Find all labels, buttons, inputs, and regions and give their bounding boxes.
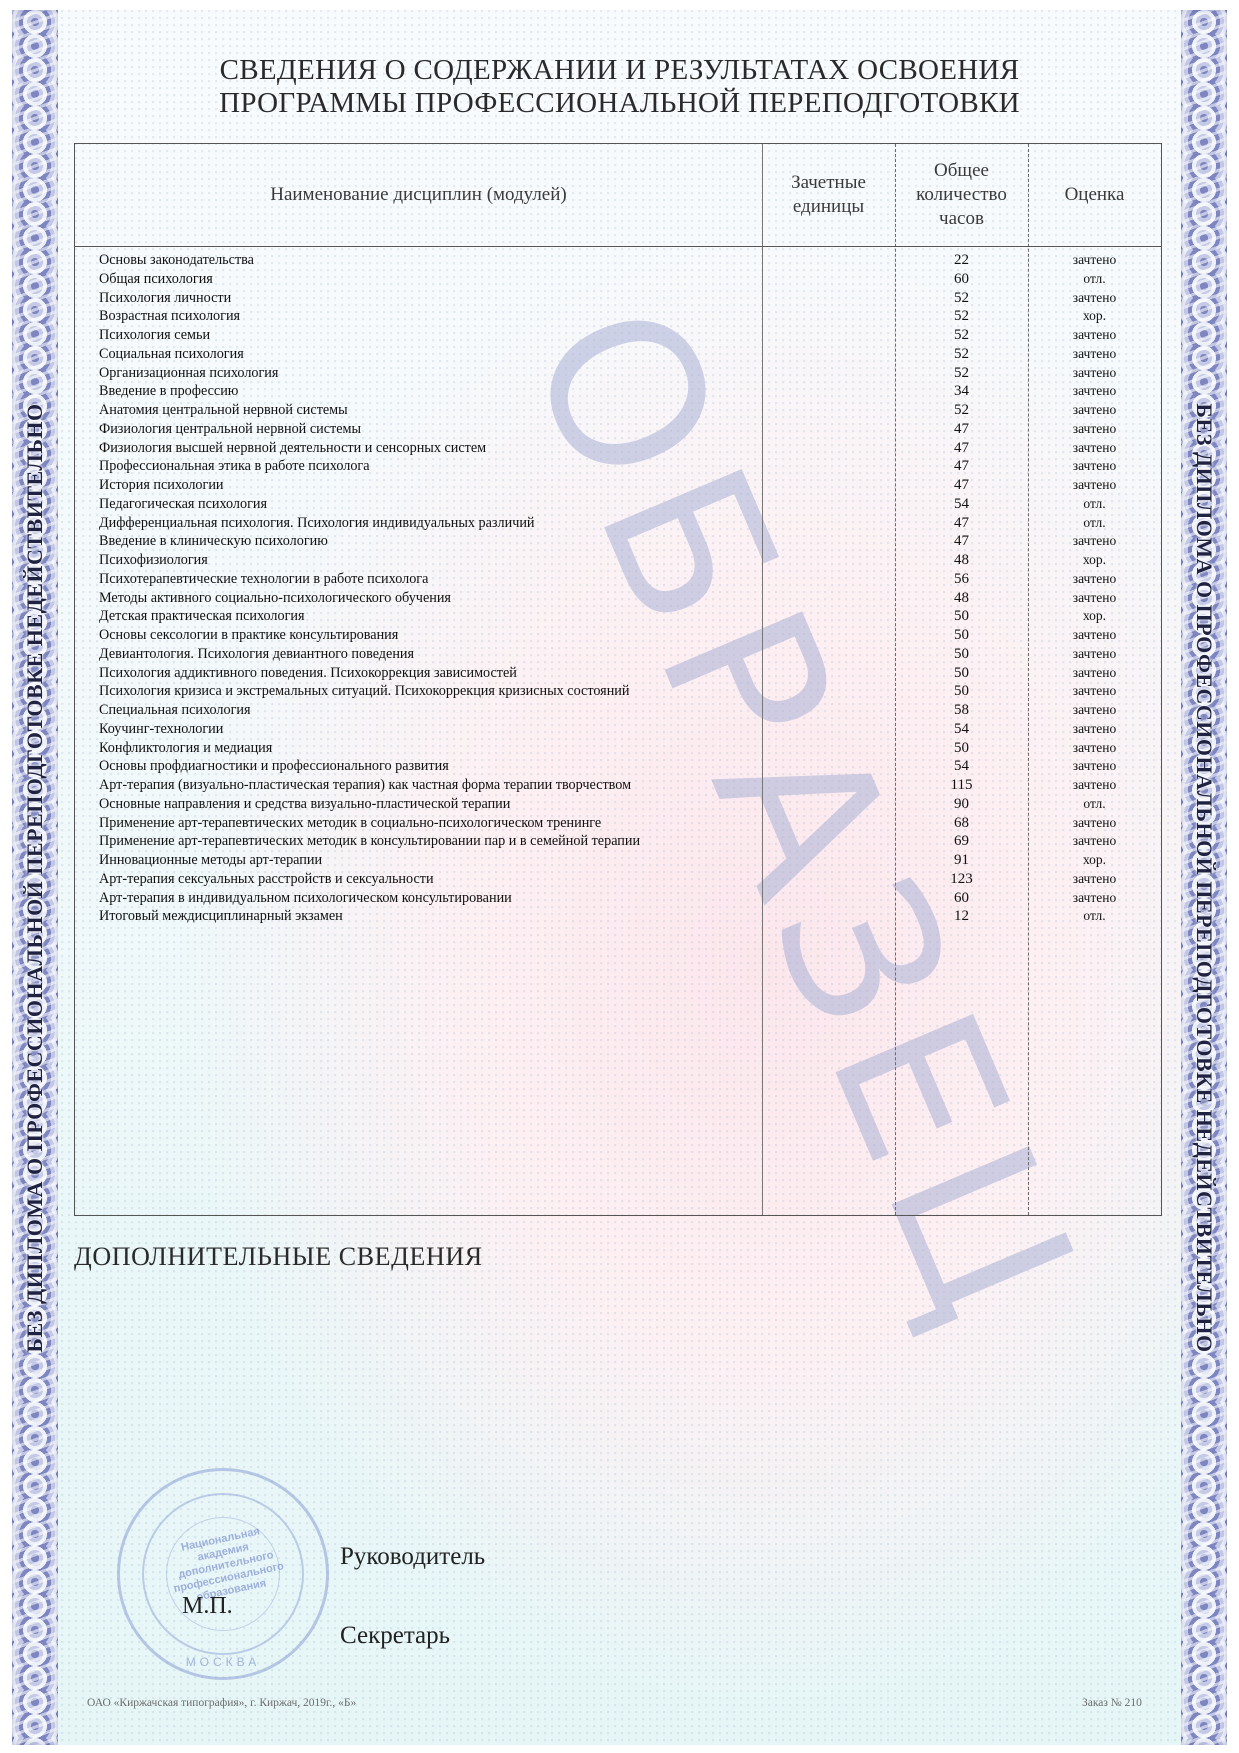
discipline-name: Применение арт-терапевтических методик в…	[99, 832, 640, 850]
grade-value: зачтено	[1028, 701, 1161, 719]
discipline-name: Психотерапевтические технологии в работе…	[99, 570, 428, 588]
total-hours: 58	[895, 701, 1028, 719]
table-row: Применение арт-терапевтических методик в…	[75, 832, 1161, 851]
discipline-name: История психологии	[99, 476, 224, 494]
printer-imprint: ОАО «Киржачская типография», г. Киржач, …	[87, 1697, 356, 1709]
table-row: Психология кризиса и экстремальных ситуа…	[75, 682, 1161, 701]
total-hours: 60	[895, 889, 1028, 907]
total-hours: 54	[895, 495, 1028, 513]
total-hours: 50	[895, 682, 1028, 700]
table-row: Инновационные методы арт-терапии91хор.	[75, 851, 1161, 870]
signature-secretary-label: Секретарь	[340, 1622, 450, 1650]
grade-value: хор.	[1028, 607, 1161, 625]
grade-value: зачтено	[1028, 401, 1161, 419]
table-row: Физиология высшей нервной деятельности и…	[75, 439, 1161, 458]
table-row: Введение в профессию34зачтено	[75, 382, 1161, 401]
grade-value: зачтено	[1028, 832, 1161, 850]
header-grade: Оценка	[1028, 144, 1161, 246]
grade-value: зачтено	[1028, 739, 1161, 757]
grade-value: зачтено	[1028, 682, 1161, 700]
grade-value: зачтено	[1028, 776, 1161, 794]
grade-value: зачтено	[1028, 757, 1161, 775]
total-hours: 54	[895, 720, 1028, 738]
table-row: Девиантология. Психология девиантного по…	[75, 645, 1161, 664]
discipline-name: Психология аддиктивного поведения. Психо…	[99, 664, 517, 682]
grade-value: зачтено	[1028, 364, 1161, 382]
grade-value: зачтено	[1028, 382, 1161, 400]
grade-value: отл.	[1028, 495, 1161, 513]
table-row: Основы профдиагностики и профессионально…	[75, 757, 1161, 776]
side-validity-text-right: БЕЗ ДИПЛОМА О ПРОФЕССИОНАЛЬНОЙ ПЕРЕПОДГО…	[1191, 403, 1217, 1352]
header-credits: Зачетные единицы	[762, 144, 895, 246]
table-row: Педагогическая психология54отл.	[75, 495, 1161, 514]
grade-value: зачтено	[1028, 570, 1161, 588]
table-row: Психотерапевтические технологии в работе…	[75, 570, 1161, 589]
seal-city: МОСКВА	[120, 1655, 326, 1669]
total-hours: 47	[895, 532, 1028, 550]
discipline-name: Психофизиология	[99, 551, 208, 569]
total-hours: 22	[895, 251, 1028, 269]
grade-value: зачтено	[1028, 589, 1161, 607]
table-row: Введение в клиническую психологию47зачте…	[75, 532, 1161, 551]
discipline-name: Социальная психология	[99, 345, 244, 363]
document-page: БЕЗ ДИПЛОМА О ПРОФЕССИОНАЛЬНОЙ ПЕРЕПОДГО…	[12, 10, 1227, 1745]
right-ornamental-border: БЕЗ ДИПЛОМА О ПРОФЕССИОНАЛЬНОЙ ПЕРЕПОДГО…	[1181, 10, 1227, 1745]
official-seal: Национальная академия дополнительного пр…	[117, 1468, 329, 1680]
total-hours: 47	[895, 439, 1028, 457]
discipline-name: Основы сексологии в практике консультиро…	[99, 626, 398, 644]
table-row: Физиология центральной нервной системы47…	[75, 420, 1161, 439]
total-hours: 47	[895, 420, 1028, 438]
table-row: Детская практическая психология50хор.	[75, 607, 1161, 626]
discipline-name: Введение в профессию	[99, 382, 238, 400]
header-hours-line2: количество	[916, 183, 1007, 207]
grade-value: зачтено	[1028, 664, 1161, 682]
grade-value: зачтено	[1028, 345, 1161, 363]
grade-value: зачтено	[1028, 439, 1161, 457]
discipline-name: Итоговый междисциплинарный экзамен	[99, 907, 343, 925]
grade-value: хор.	[1028, 551, 1161, 569]
total-hours: 52	[895, 326, 1028, 344]
table-row: Коучинг-технологии54зачтено	[75, 720, 1161, 739]
total-hours: 68	[895, 814, 1028, 832]
table-row: Дифференциальная психология. Психология …	[75, 514, 1161, 533]
grade-value: зачтено	[1028, 420, 1161, 438]
table-row: Арт-терапия в индивидуальном психологиче…	[75, 889, 1161, 908]
discipline-name: Физиология центральной нервной системы	[99, 420, 361, 438]
table-row: Профессиональная этика в работе психолог…	[75, 457, 1161, 476]
title-line-1: СВЕДЕНИЯ О СОДЕРЖАНИИ И РЕЗУЛЬТАТАХ ОСВО…	[12, 54, 1227, 87]
table-row: Арт-терапия сексуальных расстройств и се…	[75, 870, 1161, 889]
total-hours: 60	[895, 270, 1028, 288]
table-row: Психология личности52зачтено	[75, 289, 1161, 308]
table-row: Основные направления и средства визуальн…	[75, 795, 1161, 814]
discipline-name: Психология кризиса и экстремальных ситуа…	[99, 682, 629, 700]
table-row: Общая психология60отл.	[75, 270, 1161, 289]
left-ornamental-border: БЕЗ ДИПЛОМА О ПРОФЕССИОНАЛЬНОЙ ПЕРЕПОДГО…	[12, 10, 58, 1745]
total-hours: 52	[895, 289, 1028, 307]
grade-value: отл.	[1028, 907, 1161, 925]
header-credits-line2: единицы	[791, 195, 866, 219]
header-divider	[75, 246, 1161, 247]
discipline-name: Основные направления и средства визуальн…	[99, 795, 510, 813]
total-hours: 69	[895, 832, 1028, 850]
discipline-name: Психология семьи	[99, 326, 210, 344]
total-hours: 12	[895, 907, 1028, 925]
grade-value: зачтено	[1028, 251, 1161, 269]
discipline-name: Арт-терапия в индивидуальном психологиче…	[99, 889, 512, 907]
total-hours: 47	[895, 457, 1028, 475]
grade-value: зачтено	[1028, 626, 1161, 644]
grade-value: зачтено	[1028, 476, 1161, 494]
table-row: Основы законодательства22зачтено	[75, 251, 1161, 270]
header-discipline-name: Наименование дисциплин (модулей)	[75, 144, 762, 246]
header-hours-line1: Общее	[916, 159, 1007, 183]
table-row: Итоговый междисциплинарный экзамен12отл.	[75, 907, 1161, 926]
page-title: СВЕДЕНИЯ О СОДЕРЖАНИИ И РЕЗУЛЬТАТАХ ОСВО…	[12, 54, 1227, 120]
discipline-name: Физиология высшей нервной деятельности и…	[99, 439, 486, 457]
discipline-name: Психология личности	[99, 289, 231, 307]
total-hours: 52	[895, 307, 1028, 325]
discipline-name: Профессиональная этика в работе психолог…	[99, 457, 370, 475]
grade-value: зачтено	[1028, 889, 1161, 907]
grade-value: зачтено	[1028, 457, 1161, 475]
header-total-hours: Общее количество часов	[895, 144, 1028, 246]
total-hours: 52	[895, 364, 1028, 382]
discipline-name: Применение арт-терапевтических методик в…	[99, 814, 601, 832]
total-hours: 50	[895, 626, 1028, 644]
table-row: Социальная психология52зачтено	[75, 345, 1161, 364]
table-row: Конфликтология и медиация50зачтено	[75, 739, 1161, 758]
header-hours-line3: часов	[916, 207, 1007, 231]
discipline-name: Арт-терапия (визуально-пластическая тера…	[99, 776, 631, 794]
disciplines-table: Наименование дисциплин (модулей) Зачетны…	[74, 143, 1162, 1216]
table-row: Основы сексологии в практике консультиро…	[75, 626, 1161, 645]
table-row: Психология семьи52зачтено	[75, 326, 1161, 345]
total-hours: 50	[895, 645, 1028, 663]
table-row: Психофизиология48хор.	[75, 551, 1161, 570]
table-body: Основы законодательства22зачтеноОбщая пс…	[75, 251, 1161, 926]
grade-value: отл.	[1028, 270, 1161, 288]
seal-place-label: М.П.	[182, 1593, 233, 1620]
total-hours: 123	[895, 870, 1028, 888]
discipline-name: Дифференциальная психология. Психология …	[99, 514, 535, 532]
discipline-name: Коучинг-технологии	[99, 720, 223, 738]
table-row: Методы активного социально-психологическ…	[75, 589, 1161, 608]
total-hours: 90	[895, 795, 1028, 813]
total-hours: 52	[895, 401, 1028, 419]
grade-value: зачтено	[1028, 645, 1161, 663]
total-hours: 48	[895, 551, 1028, 569]
discipline-name: Основы законодательства	[99, 251, 254, 269]
discipline-name: Конфликтология и медиация	[99, 739, 272, 757]
table-row: Анатомия центральной нервной системы52за…	[75, 401, 1161, 420]
total-hours: 115	[895, 776, 1028, 794]
title-line-2: ПРОГРАММЫ ПРОФЕССИОНАЛЬНОЙ ПЕРЕПОДГОТОВК…	[12, 87, 1227, 120]
grade-value: хор.	[1028, 851, 1161, 869]
table-row: Возрастная психология52хор.	[75, 307, 1161, 326]
grade-value: зачтено	[1028, 720, 1161, 738]
table-row: Психология аддиктивного поведения. Психо…	[75, 664, 1161, 683]
discipline-name: Инновационные методы арт-терапии	[99, 851, 322, 869]
table-row: Применение арт-терапевтических методик в…	[75, 814, 1161, 833]
table-row: Специальная психология58зачтено	[75, 701, 1161, 720]
discipline-name: Организационная психология	[99, 364, 278, 382]
discipline-name: Методы активного социально-психологическ…	[99, 589, 451, 607]
discipline-name: Возрастная психология	[99, 307, 240, 325]
table-row: Организационная психология52зачтено	[75, 364, 1161, 383]
grade-value: зачтено	[1028, 289, 1161, 307]
discipline-name: Введение в клиническую психологию	[99, 532, 328, 550]
additional-info-heading: ДОПОЛНИТЕЛЬНЫЕ СВЕДЕНИЯ	[74, 1242, 483, 1272]
total-hours: 56	[895, 570, 1028, 588]
total-hours: 91	[895, 851, 1028, 869]
discipline-name: Детская практическая психология	[99, 607, 305, 625]
order-number: Заказ № 210	[1082, 1697, 1142, 1709]
header-credits-line1: Зачетные	[791, 171, 866, 195]
total-hours: 34	[895, 382, 1028, 400]
discipline-name: Основы профдиагностики и профессионально…	[99, 757, 449, 775]
discipline-name: Арт-терапия сексуальных расстройств и се…	[99, 870, 434, 888]
total-hours: 50	[895, 664, 1028, 682]
grade-value: зачтено	[1028, 870, 1161, 888]
total-hours: 50	[895, 607, 1028, 625]
total-hours: 54	[895, 757, 1028, 775]
signature-head-label: Руководитель	[340, 1543, 485, 1571]
discipline-name: Анатомия центральной нервной системы	[99, 401, 348, 419]
total-hours: 50	[895, 739, 1028, 757]
table-row: История психологии47зачтено	[75, 476, 1161, 495]
discipline-name: Девиантология. Психология девиантного по…	[99, 645, 414, 663]
grade-value: хор.	[1028, 307, 1161, 325]
table-row: Арт-терапия (визуально-пластическая тера…	[75, 776, 1161, 795]
side-validity-text-left: БЕЗ ДИПЛОМА О ПРОФЕССИОНАЛЬНОЙ ПЕРЕПОДГО…	[22, 403, 48, 1352]
grade-value: зачтено	[1028, 326, 1161, 344]
total-hours: 52	[895, 345, 1028, 363]
grade-value: отл.	[1028, 514, 1161, 532]
grade-value: зачтено	[1028, 532, 1161, 550]
discipline-name: Специальная психология	[99, 701, 251, 719]
total-hours: 48	[895, 589, 1028, 607]
grade-value: зачтено	[1028, 814, 1161, 832]
total-hours: 47	[895, 514, 1028, 532]
discipline-name: Педагогическая психология	[99, 495, 267, 513]
total-hours: 47	[895, 476, 1028, 494]
discipline-name: Общая психология	[99, 270, 213, 288]
grade-value: отл.	[1028, 795, 1161, 813]
